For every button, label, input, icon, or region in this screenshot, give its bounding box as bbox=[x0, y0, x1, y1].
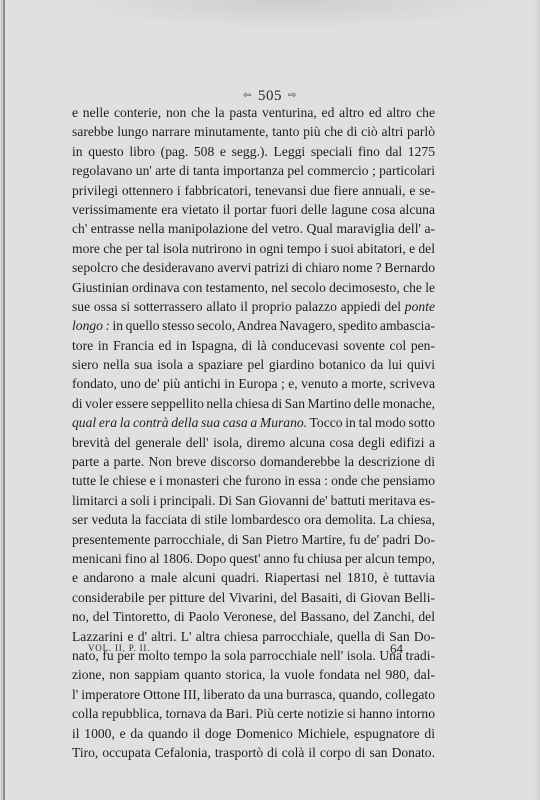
line-text: more che per tal isola nutrirono in ogni… bbox=[72, 241, 435, 256]
text-line: privilegi ottennero i fabbricatori, tene… bbox=[72, 181, 435, 200]
text-line: more che per tal isola nutrirono in ogni… bbox=[72, 239, 435, 258]
line-text: siero nella sua isola a spaziare pel gia… bbox=[72, 357, 435, 372]
book-page: ⇦505⇨ e nelle conterie, non che la pasta… bbox=[0, 0, 540, 800]
sheet-number: 64 bbox=[390, 641, 403, 657]
line-text: ser veduta la facciata di stile lombarde… bbox=[72, 512, 435, 527]
text-line: no, del Tintoretto, di Paolo Veronese, d… bbox=[72, 607, 435, 626]
line-text: limitarci a soli i principali. Di San Gi… bbox=[72, 493, 435, 508]
page-right-shadow bbox=[534, 0, 540, 800]
text-line: sepolcro che desideravano avervi patrizi… bbox=[72, 258, 435, 277]
text-line: regolavano un' arte di tanta importanza … bbox=[72, 161, 435, 180]
italic-text: ponte bbox=[405, 299, 435, 314]
line-text: regolavano un' arte di tanta importanza … bbox=[72, 163, 435, 178]
text-line: e andarono a male alcuni quadri. Riapert… bbox=[72, 568, 435, 587]
text-line: zione, non sappiam quanto storica, la vu… bbox=[72, 665, 435, 684]
volume-signature: VOL. II, P. II. bbox=[88, 643, 150, 653]
line-text: brevità del generale dell' isola, diremo… bbox=[72, 435, 435, 450]
text-line: il 1000, e da quando il doge Domenico Mi… bbox=[72, 724, 435, 743]
line-text: sarebbe lungo narrare minutamente, tanto… bbox=[72, 124, 435, 139]
line-text: tore in Francia ed in Ispagna, di là con… bbox=[72, 338, 435, 353]
page-edge-line bbox=[1, 0, 2, 800]
line-text: di voler essere seppellito nella chiesa … bbox=[72, 396, 435, 411]
line-text: colla repubblica, tornava da Bari. Più c… bbox=[72, 706, 435, 721]
paper-foxing bbox=[60, 0, 520, 30]
line-text: e andarono a male alcuni quadri. Riapert… bbox=[72, 570, 435, 585]
text-line: colla repubblica, tornava da Bari. Più c… bbox=[72, 704, 435, 723]
text-line: menicani fino al 1806. Dopo quest' anno … bbox=[72, 549, 435, 568]
ornament-right-icon: ⇨ bbox=[288, 90, 297, 101]
line-text: ch' entrasse nella manipolazione del vet… bbox=[72, 221, 435, 236]
text-line: in questo libro (pag. 508 e segg.). Legg… bbox=[72, 142, 435, 161]
text-line: di voler essere seppellito nella chiesa … bbox=[72, 394, 435, 413]
text-line: sue ossa si sotterrassero allato il prop… bbox=[72, 297, 435, 316]
text-line: ser veduta la facciata di stile lombarde… bbox=[72, 510, 435, 529]
line-text: Giustinian ordinava con testamento, nel … bbox=[72, 280, 435, 295]
line-text: presentemente parrocchiale, di San Pietr… bbox=[72, 532, 435, 547]
page-number: 505 bbox=[258, 88, 282, 104]
text-line: parte a parte. Non breve discorso domand… bbox=[72, 452, 435, 471]
line-text: tutte le chiese e i monasteri che furono… bbox=[72, 473, 435, 488]
text-line: qual era la contrà della sua casa a Mura… bbox=[72, 413, 435, 432]
text-line: sarebbe lungo narrare minutamente, tanto… bbox=[72, 122, 435, 141]
line-text: fondato, uno de' più antichi in Europa ;… bbox=[72, 376, 435, 391]
line-text: in questo libro (pag. 508 e segg.). Legg… bbox=[72, 144, 435, 159]
text-line: siero nella sua isola a spaziare pel gia… bbox=[72, 355, 435, 374]
text-line: Tiro, occupata Cefalonia, trasportò di c… bbox=[72, 743, 435, 762]
line-text: parte a parte. Non breve discorso domand… bbox=[72, 454, 435, 469]
text-line: limitarci a soli i principali. Di San Gi… bbox=[72, 491, 435, 510]
line-text: verissimamente era vietato il portar fuo… bbox=[72, 202, 435, 217]
line-text: zione, non sappiam quanto storica, la vu… bbox=[72, 667, 435, 682]
line-text: sue ossa si sotterrassero allato il prop… bbox=[72, 299, 405, 314]
text-line: fondato, uno de' più antichi in Europa ;… bbox=[72, 374, 435, 393]
text-line: considerabile per pitture del Vivarini, … bbox=[72, 588, 435, 607]
line-text: Tocco in tal modo sotto bbox=[307, 415, 435, 430]
line-text: Lazzarini e d' altri. L' altra chiesa pa… bbox=[72, 629, 435, 644]
text-line: e nelle conterie, non che la pasta ventu… bbox=[72, 103, 435, 122]
text-line: Giustinian ordinava con testamento, nel … bbox=[72, 278, 435, 297]
text-line: l' imperatore Ottone III, liberato da un… bbox=[72, 685, 435, 704]
text-line: presentemente parrocchiale, di San Pietr… bbox=[72, 530, 435, 549]
line-text: il 1000, e da quando il doge Domenico Mi… bbox=[72, 726, 435, 741]
line-text: no, del Tintoretto, di Paolo Veronese, d… bbox=[72, 609, 435, 624]
text-line: longo : in quello stesso secolo, Andrea … bbox=[72, 316, 435, 335]
text-line: brevità del generale dell' isola, diremo… bbox=[72, 433, 435, 452]
line-text: privilegi ottennero i fabbricatori, tene… bbox=[72, 183, 435, 198]
line-text: l' imperatore Ottone III, liberato da un… bbox=[72, 687, 435, 702]
body-text: e nelle conterie, non che la pasta ventu… bbox=[72, 103, 435, 762]
text-line: tutte le chiese e i monasteri che furono… bbox=[72, 471, 435, 490]
line-text: in quello stesso secolo, Andrea Navagero… bbox=[110, 318, 435, 333]
line-text: Tiro, occupata Cefalonia, trasportò di c… bbox=[72, 745, 435, 760]
line-text: considerabile per pitture del Vivarini, … bbox=[72, 590, 435, 605]
line-text: sepolcro che desideravano avervi patrizi… bbox=[72, 260, 435, 275]
italic-text: qual era la contrà della sua casa a Mura… bbox=[72, 415, 307, 430]
text-line: tore in Francia ed in Ispagna, di là con… bbox=[72, 336, 435, 355]
page-binding-edge bbox=[3, 0, 5, 800]
text-line: ch' entrasse nella manipolazione del vet… bbox=[72, 219, 435, 238]
ornament-left-icon: ⇦ bbox=[243, 90, 252, 101]
text-line: verissimamente era vietato il portar fuo… bbox=[72, 200, 435, 219]
line-text: e nelle conterie, non che la pasta ventu… bbox=[72, 105, 435, 120]
line-text: menicani fino al 1806. Dopo quest' anno … bbox=[72, 551, 435, 566]
italic-text: longo : bbox=[72, 318, 110, 333]
